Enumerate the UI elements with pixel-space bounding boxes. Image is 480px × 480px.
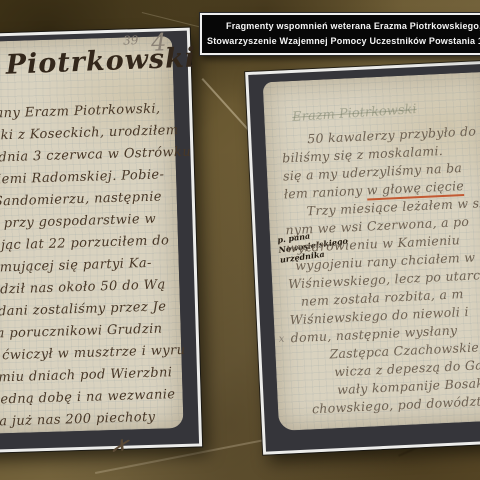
photo-collage-background: 39 4 m Piotrkowski pisany Erazm Piotrkow… xyxy=(0,0,480,480)
faded-crossed-out-header: Erazm Piotrkowski xyxy=(292,102,417,125)
signature-flourish: ✗ xyxy=(109,433,130,460)
right-manuscript-page: Erazm Piotrkowski p. pana Nowosielskiego… xyxy=(263,72,480,431)
manuscript-line: cza już nas 200 piechoty xyxy=(0,405,199,433)
manuscript-text-block: pisany Erazm Piotrkowski, dwiki z Koseck… xyxy=(0,98,199,434)
manuscript-line-fragment: łem raniony xyxy=(284,183,368,202)
right-manuscript-photo: Erazm Piotrkowski p. pana Nowosielskiego… xyxy=(245,60,480,454)
caption-line-2: Stowarzyszenie Wzajemnej Pomocy Uczestni… xyxy=(202,36,480,46)
left-photo-mat: 39 4 m Piotrkowski pisany Erazm Piotrkow… xyxy=(0,31,199,451)
caption-line-1: Fragmenty wspomnień weterana Erazma Piot… xyxy=(202,21,480,31)
page-title-script: m Piotrkowski xyxy=(0,42,197,82)
caption-banner: Fragmenty wspomnień weterana Erazma Piot… xyxy=(200,13,480,55)
pencil-margin-mark: x xyxy=(278,334,284,345)
left-manuscript-photo: 39 4 m Piotrkowski pisany Erazm Piotrkow… xyxy=(0,28,202,454)
left-manuscript-page: 39 4 m Piotrkowski pisany Erazm Piotrkow… xyxy=(0,36,184,434)
manuscript-text-block: 50 kawalerzy przybyło do biliśmy się z m… xyxy=(281,121,480,419)
right-photo-mat: Erazm Piotrkowski p. pana Nowosielskiego… xyxy=(248,63,480,451)
